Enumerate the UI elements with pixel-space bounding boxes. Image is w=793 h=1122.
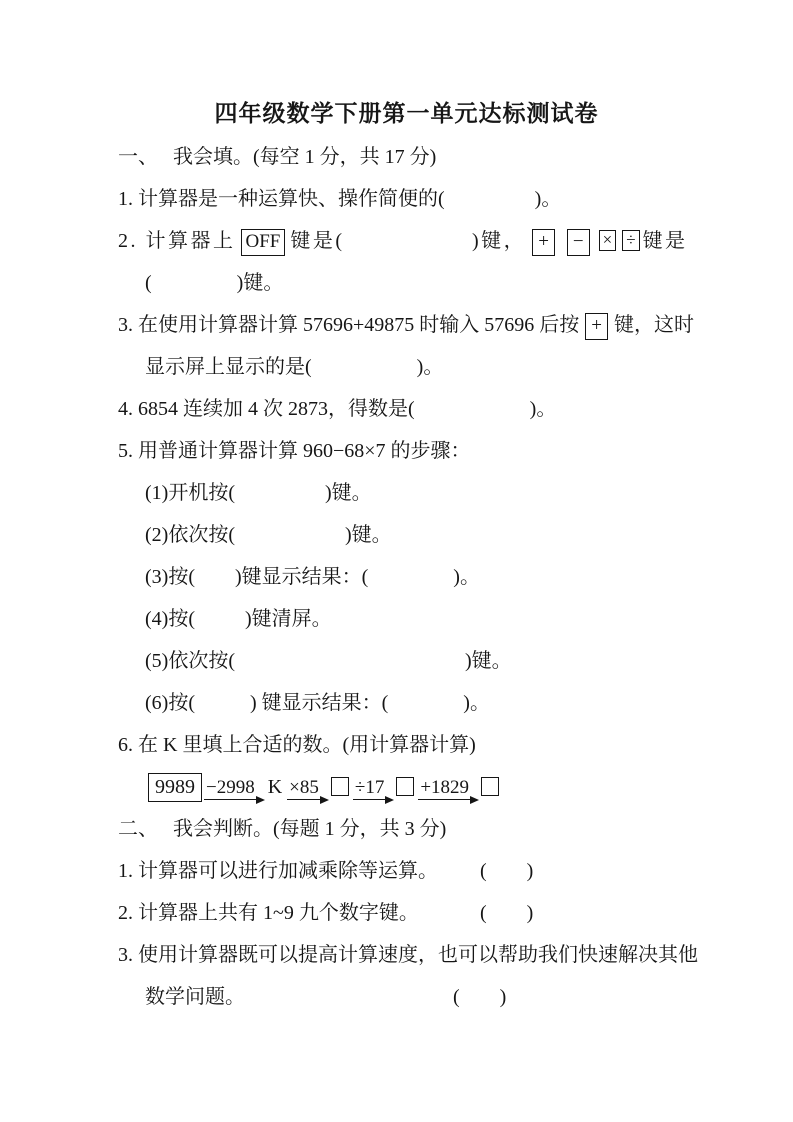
minus-key: − [567, 229, 590, 256]
question-5-step-3: (3)按( )键显示结果：( )。 [118, 556, 733, 598]
question-5-step-2: (2)依次按( )键。 [118, 514, 733, 556]
arrow-label: ÷17 [355, 777, 384, 799]
arrow-label: ×85 [289, 777, 319, 799]
judgment-1-text: 1. 计算器可以进行加减乘除等运算。 [118, 860, 438, 882]
question-5-step-6: (6)按( ) 键显示结果：( )。 [118, 682, 733, 724]
page-title: 四年级数学下册第一单元达标测试卷 [80, 92, 733, 136]
arrow-minus-2998: −2998 [204, 777, 261, 800]
question-5-step-4: (4)按( )键清屏。 [118, 598, 733, 640]
question-4: 4. 6854 连续加 4 次 2873，得数是( )。 [118, 388, 733, 430]
question-5-stem: 5. 用普通计算器计算 960−68×7 的步骤： [118, 430, 733, 472]
judgment-1: 1. 计算器可以进行加减乘除等运算。( ) [118, 850, 733, 892]
divide-key: ÷ [622, 230, 639, 251]
question-2-text-post: 键是 [643, 230, 688, 252]
question-1: 1. 计算器是一种运算快、操作简便的( )。 [118, 178, 733, 220]
arrow-times-85: ×85 [287, 777, 325, 800]
judgment-2: 2. 计算器上共有 1~9 九个数字键。( ) [118, 892, 733, 934]
k-node: K [268, 776, 282, 798]
judgment-3-answer-brackets: ( ) [453, 976, 506, 1018]
question-2-line1: 2. 计算器上OFF键是( )键，+−×÷键是 [118, 220, 733, 262]
question-5-step-1: (1)开机按( )键。 [118, 472, 733, 514]
judgment-3-line2: 数学问题。( ) [118, 976, 733, 1018]
question-6-flow-diagram: 9989−2998K×85÷17+1829 [118, 766, 733, 808]
empty-answer-box [396, 777, 414, 796]
plus-key: + [585, 313, 608, 340]
arrow-label: +1829 [420, 777, 469, 799]
question-6-stem: 6. 在 K 里填上合适的数。(用计算器计算) [118, 724, 733, 766]
off-key: OFF [241, 229, 286, 256]
arrow-plus-1829: +1829 [418, 777, 475, 800]
question-2-text-pre: 2. 计算器上 [118, 230, 236, 252]
question-3-text-post: 键，这时 [614, 314, 694, 336]
test-paper-page: 四年级数学下册第一单元达标测试卷 一、 我会填。(每空 1 分，共 17 分) … [0, 0, 793, 1018]
section2-heading: 二、 我会判断。(每题 1 分，共 3 分) [118, 808, 733, 850]
section1-heading: 一、 我会填。(每空 1 分，共 17 分) [118, 136, 733, 178]
multiply-key: × [599, 230, 617, 251]
empty-answer-box [331, 777, 349, 796]
judgment-2-text: 2. 计算器上共有 1~9 九个数字键。 [118, 902, 419, 924]
start-number-box: 9989 [148, 773, 202, 802]
question-2-text-mid: 键是( )键， [290, 230, 526, 252]
arrow-label: −2998 [206, 777, 255, 799]
judgment-2-answer-brackets: ( ) [480, 892, 533, 934]
question-3-text-pre: 3. 在使用计算器计算 57696+49875 时输入 57696 后按 [118, 314, 579, 336]
question-3-line1: 3. 在使用计算器计算 57696+49875 时输入 57696 后按+键，这… [118, 304, 733, 346]
arrow-divide-17: ÷17 [353, 777, 390, 800]
plus-key: + [532, 229, 555, 256]
question-2-line2: ( )键。 [118, 262, 733, 304]
question-5-step-5: (5)依次按( )键。 [118, 640, 733, 682]
judgment-1-answer-brackets: ( ) [480, 850, 533, 892]
judgment-3-line1: 3. 使用计算器既可以提高计算速度，也可以帮助我们快速解决其他 [118, 934, 733, 976]
empty-answer-box [481, 777, 499, 796]
judgment-3-text: 数学问题。 [145, 986, 245, 1008]
question-3-line2: 显示屏上显示的是( )。 [118, 346, 733, 388]
